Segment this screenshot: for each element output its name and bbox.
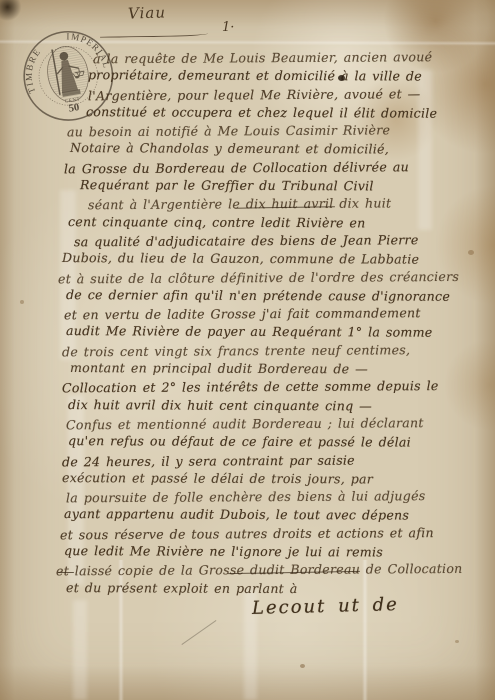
huissier-signature: Lecout ut de (252, 594, 399, 619)
manuscript-line: de ce dernier afin qu'il n'en prétende c… (66, 286, 495, 306)
manuscript-line: audit Me Rivière de payer au Requérant 1… (66, 323, 495, 343)
foxing-spot (300, 664, 305, 668)
manuscript-line: et laissé copie de la Grosse dudit Borde… (56, 560, 495, 581)
manuscript-text-block: à la requête de Me Louis Beaumier, ancie… (0, 49, 495, 598)
manuscript-line: constitué et occupera et chez lequel il … (86, 103, 495, 123)
manuscript-line: qu'en refus ou défaut de ce faire et pas… (68, 432, 495, 452)
manuscript-line: et du présent exploit en parlant à (66, 579, 495, 599)
manuscript-line: Dubois, du lieu de la Gauzon, commune de… (62, 249, 495, 269)
manuscript-line: et à suite de la clôture définitive de l… (58, 267, 495, 288)
manuscript-line: Notaire à Chandolas y demeurant et domic… (70, 140, 495, 160)
manuscript-line: de trois cent vingt six francs trente ne… (62, 340, 495, 361)
manuscript-line: propriétaire, demeurant et domicilié à l… (88, 66, 495, 86)
manuscript-line: séant à l'Argentière le dix huit avril d… (88, 194, 495, 215)
watermark-band (73, 600, 87, 700)
manuscript-line: Collocation et 2° les intérêts de cette … (62, 377, 495, 398)
page-number: 1· (222, 20, 234, 35)
manuscript-line: et sous réserve de tous autres droits et… (60, 523, 495, 544)
manuscript-line: cent cinquante cinq, contre ledit Rivièr… (68, 213, 495, 233)
manuscript-line: ayant appartenu audit Dubois, le tout av… (64, 505, 495, 525)
manuscript-line: la Grosse du Bordereau de Collocation dé… (64, 157, 495, 178)
manuscript-line: dix huit avril dix huit cent cinquante c… (68, 396, 495, 416)
pencil-mark (181, 620, 216, 645)
manuscript-line: l'Argentière, pour lequel Me Rivière, av… (88, 84, 495, 105)
flourish-line (100, 31, 208, 38)
manuscript-page: Viau 1· TIMBRE (0, 0, 495, 700)
foxing-spot (455, 640, 459, 643)
manuscript-line: exécution et passé le délai de trois jou… (62, 469, 495, 489)
header-name-annotation: Viau (128, 3, 167, 22)
manuscript-line: de 24 heures, il y sera contraint par sa… (62, 450, 495, 471)
